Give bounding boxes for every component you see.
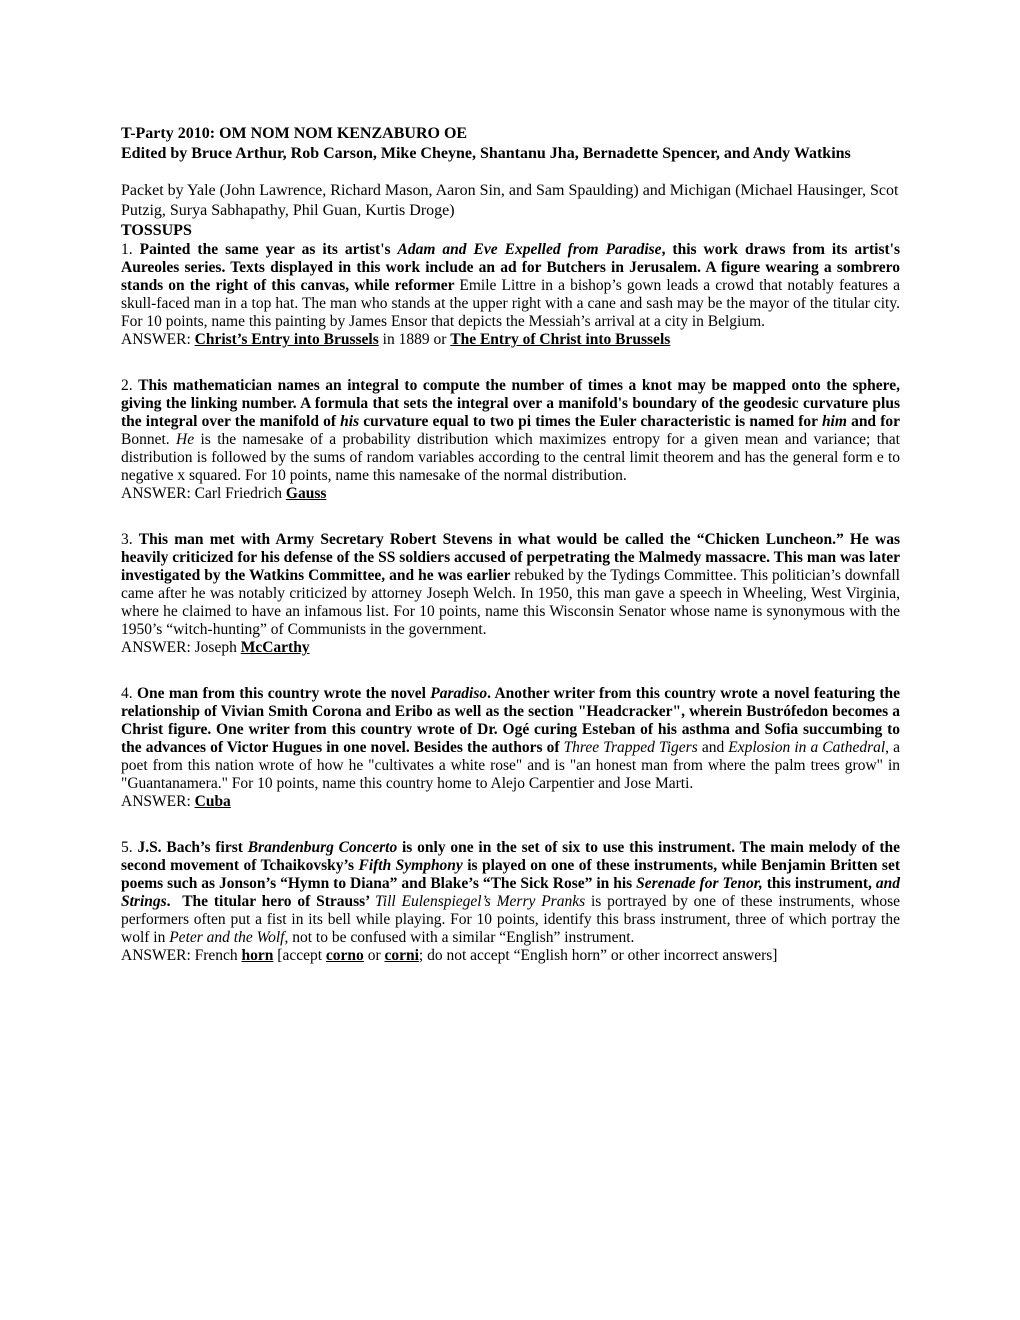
packet-byline: Packet by Yale (John Lawrence, Richard M… (121, 181, 900, 221)
text-run: He (176, 431, 194, 448)
text-run: McCarthy (241, 639, 310, 656)
document-page: T-Party 2010: OM NOM NOM KENZABURO OE Ed… (0, 0, 1020, 1320)
question-text: 1. Painted the same year as its artist's… (121, 241, 900, 331)
text-run: corno (326, 947, 364, 964)
answer-line: ANSWER: French horn [accept corno or cor… (121, 947, 900, 965)
text-run: 2. (121, 377, 138, 394)
text-run: The Entry of Christ into Brussels (450, 331, 670, 348)
question-text: 4. One man from this country wrote the n… (121, 685, 900, 793)
text-run: Serenade for Tenor, (636, 875, 763, 892)
packet-title: T-Party 2010: OM NOM NOM KENZABURO OE (121, 124, 900, 144)
text-run: Bonnet. (121, 431, 176, 448)
text-run: 3. (121, 531, 139, 548)
tossup-1: 1. Painted the same year as its artist's… (121, 241, 900, 349)
tossup-3: 3. This man met with Army Secretary Robe… (121, 531, 900, 657)
text-run: ANSWER: Joseph (121, 639, 241, 656)
text-run: in 1889 or (379, 331, 450, 348)
question-text: 3. This man met with Army Secretary Robe… (121, 531, 900, 639)
text-run: ANSWER: (121, 331, 195, 348)
tossups-list: 1. Painted the same year as its artist's… (121, 241, 900, 965)
text-run: ; do not accept “English horn” or other … (419, 947, 778, 964)
text-run: is the namesake of a probability distrib… (121, 431, 900, 484)
text-run: or (364, 947, 385, 964)
text-run: this instrument, (763, 875, 876, 892)
tossup-5: 5. J.S. Bach’s first Brandenburg Concert… (121, 839, 900, 965)
section-heading-tossups: TOSSUPS (121, 221, 900, 241)
text-run: and for (847, 413, 900, 430)
text-run: One man from this country wrote the nove… (137, 685, 430, 702)
text-run: corni (384, 947, 418, 964)
text-run: Christ’s Entry into Brussels (195, 331, 379, 348)
text-run: Gauss (286, 485, 327, 502)
answer-line: ANSWER: Carl Friedrich Gauss (121, 485, 900, 503)
text-run: him (822, 413, 847, 430)
text-run: ANSWER: French (121, 947, 242, 964)
question-text: 5. J.S. Bach’s first Brandenburg Concert… (121, 839, 900, 947)
text-run: his (340, 413, 359, 430)
packet-editors: Edited by Bruce Arthur, Rob Carson, Mike… (121, 144, 900, 164)
text-run: horn (242, 947, 274, 964)
text-run: , not to be confused with a similar “Eng… (284, 929, 634, 946)
text-run: and (698, 739, 729, 756)
answer-line: ANSWER: Cuba (121, 793, 900, 811)
text-run: 1. (121, 241, 140, 258)
text-run: . The titular hero of Strauss’ (167, 893, 375, 910)
text-run: Adam and Eve Expelled from Paradise (398, 241, 662, 258)
question-text: 2. This mathematician names an integral … (121, 377, 900, 485)
text-run: 5. (121, 839, 137, 856)
tossup-2: 2. This mathematician names an integral … (121, 377, 900, 503)
answer-line: ANSWER: Christ’s Entry into Brussels in … (121, 331, 900, 349)
text-run: Painted the same year as its artist's (140, 241, 398, 258)
tossup-4: 4. One man from this country wrote the n… (121, 685, 900, 811)
text-run: Three Trapped Tigers (564, 739, 698, 756)
text-run: Paradiso (430, 685, 487, 702)
text-run: Peter and the Wolf (169, 929, 284, 946)
text-run: Till Eulenspiegel’s Merry Pranks (375, 893, 585, 910)
packet-header: T-Party 2010: OM NOM NOM KENZABURO OE Ed… (121, 124, 900, 164)
text-run: Brandenburg Concerto (248, 839, 398, 856)
answer-line: ANSWER: Joseph McCarthy (121, 639, 900, 657)
text-run: Fifth Symphony (359, 857, 463, 874)
text-run: [accept (273, 947, 326, 964)
text-run: J.S. Bach’s first (137, 839, 247, 856)
text-run: ANSWER: (121, 793, 195, 810)
text-run: curvature equal to two pi times the Eule… (359, 413, 822, 430)
text-run: Cuba (195, 793, 231, 810)
text-run: ANSWER: Carl Friedrich (121, 485, 286, 502)
text-run: 4. (121, 685, 137, 702)
text-run: Explosion in a Cathedral (728, 739, 885, 756)
